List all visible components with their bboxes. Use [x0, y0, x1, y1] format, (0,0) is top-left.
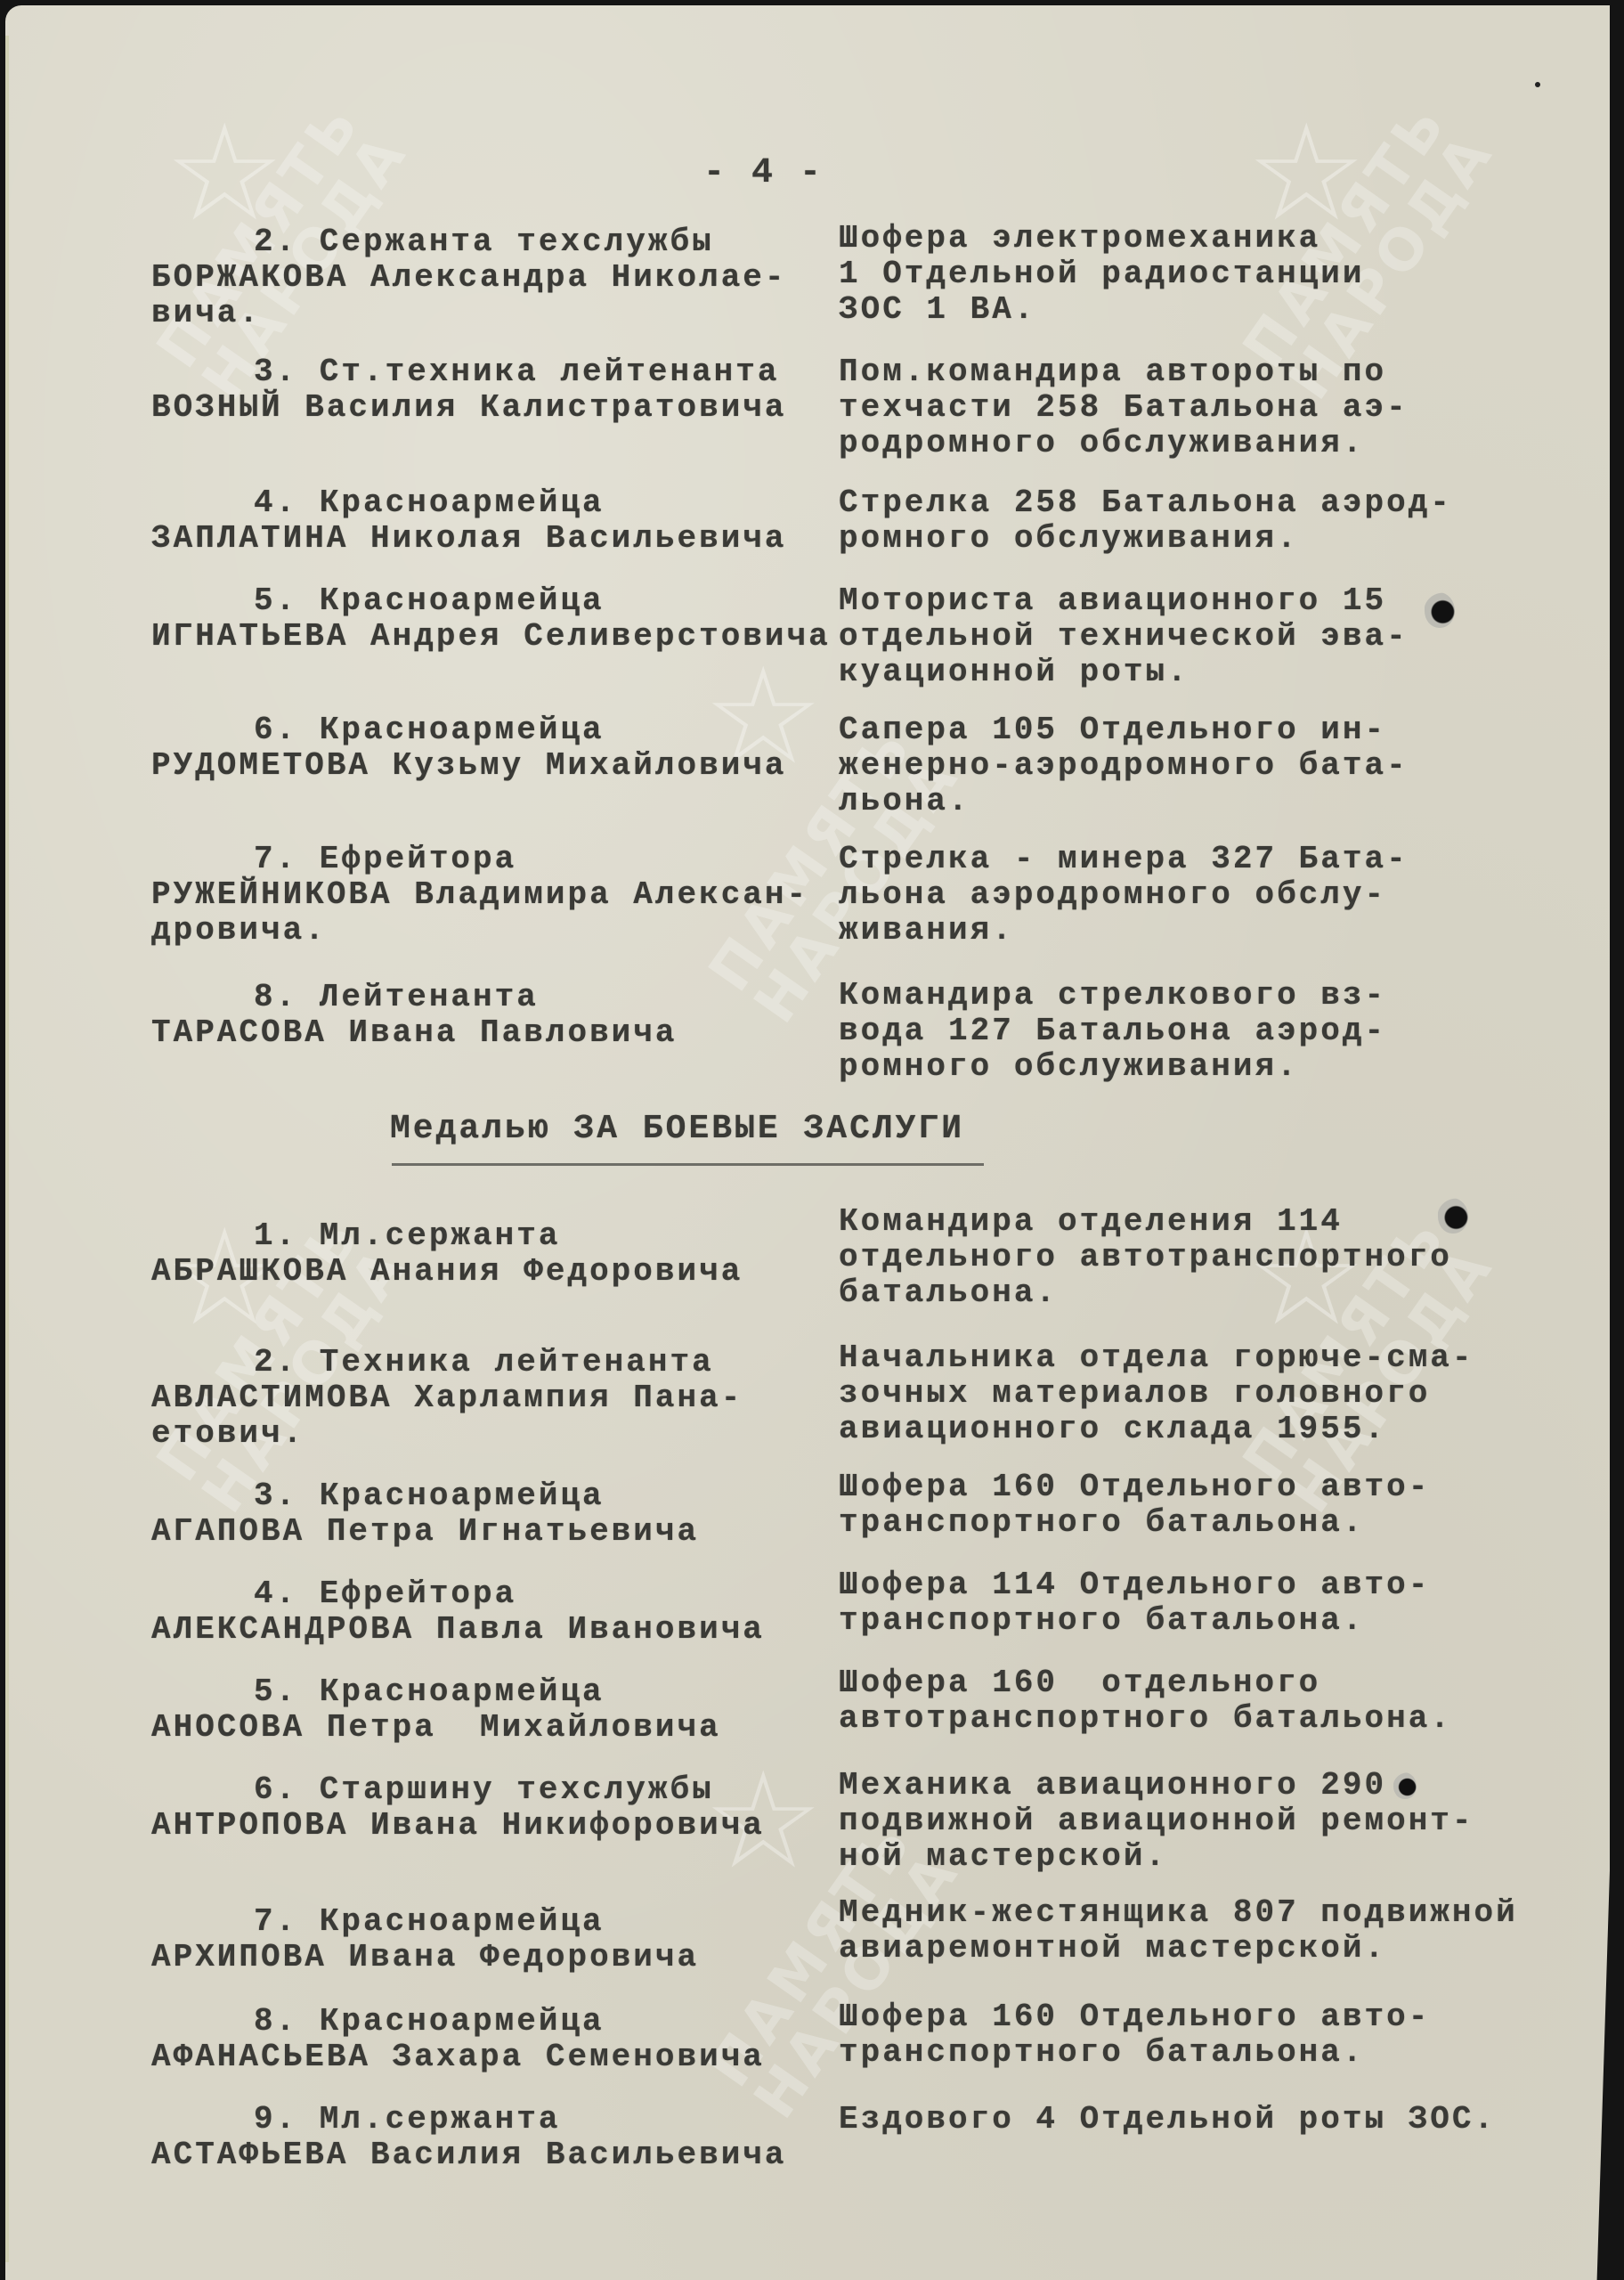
awardee-position: Стрелка - минера 327 Бата-льона аэродром…: [839, 842, 1551, 949]
awardee-name: АГАПОВА Петра Игнатьевича: [151, 1514, 828, 1550]
awardee-position: Сапера 105 Отдельного ин-женерно-аэродро…: [839, 712, 1551, 819]
position-line: 1 Отдельной радиостанции: [839, 256, 1551, 292]
awardee-entry: 3. КрасноармейцаАГАПОВА Петра Игнатьевич…: [151, 1478, 828, 1550]
awardee-name: АБРАШКОВА Анания Федоровича: [151, 1254, 828, 1290]
position-line: живания.: [839, 913, 1551, 949]
awardee-position: Шофера 160 отдельногоавтотранспортного б…: [839, 1665, 1551, 1737]
awardee-name: дровича.: [151, 913, 828, 949]
awardee-name: АНТРОПОВА Ивана Никифоровича: [151, 1808, 828, 1844]
awardee-position: Стрелка 258 Батальона аэрод-ромного обсл…: [839, 485, 1551, 557]
awardee-rank: 6. Красноармейца: [151, 712, 828, 748]
awardee-name: вича.: [151, 296, 828, 331]
position-line: авиаремонтной мастерской.: [839, 1931, 1551, 1966]
awardee-rank: 3. Ст.техника лейтенанта: [151, 354, 828, 390]
position-line: Стрелка - минера 327 Бата-: [839, 842, 1551, 877]
position-line: ромного обслуживания.: [839, 521, 1551, 557]
position-line: льона аэродромного обслу-: [839, 877, 1551, 913]
position-line: техчасти 258 Батальона аэ-: [839, 390, 1551, 426]
awardee-entry: 7. КрасноармейцаАРХИПОВА Ивана Федорович…: [151, 1904, 828, 1975]
awardee-position: Шофера электромеханика1 Отдельной радиос…: [839, 221, 1551, 328]
position-line: Шофера 114 Отдельного авто-: [839, 1567, 1551, 1603]
ink-speck: [1535, 82, 1540, 87]
awardee-entry: 3. Ст.техника лейтенантаВОЗНЫЙ Василия К…: [151, 354, 828, 426]
position-line: ной мастерской.: [839, 1839, 1551, 1875]
position-line: подвижной авиационной ремонт-: [839, 1804, 1551, 1839]
awardee-entry: 4. КрасноармейцаЗАПЛАТИНА Николая Василь…: [151, 485, 828, 557]
position-line: Ездового 4 Отдельной роты ЗОС.: [839, 2102, 1551, 2137]
awardee-entry: 6. КрасноармейцаРУДОМЕТОВА Кузьму Михайл…: [151, 712, 828, 784]
awardee-rank: 4. Красноармейца: [151, 485, 828, 521]
awardee-rank: 7. Ефрейтора: [151, 842, 828, 877]
awardee-name: АЛЕКСАНДРОВА Павла Ивановича: [151, 1612, 828, 1648]
awardee-name: РУЖЕЙНИКОВА Владимира Алексан-: [151, 877, 828, 913]
position-line: ЗОС 1 ВА.: [839, 292, 1551, 328]
awardee-name: АВЛАСТИМОВА Харлампия Пана-: [151, 1380, 828, 1416]
awardee-entry: 6. Старшину техслужбыАНТРОПОВА Ивана Ник…: [151, 1772, 828, 1844]
position-line: родромного обслуживания.: [839, 426, 1551, 461]
awardee-name: ИГНАТЬЕВА Андрея Селиверстовича: [151, 619, 828, 655]
position-line: Медник-жестянщика 807 подвижной: [839, 1895, 1551, 1931]
awardee-name: РУДОМЕТОВА Кузьму Михайловича: [151, 748, 828, 784]
awardee-entry: 8. ЛейтенантаТАРАСОВА Ивана Павловича: [151, 980, 828, 1051]
position-line: Стрелка 258 Батальона аэрод-: [839, 485, 1551, 521]
awardee-entry: 2. Техника лейтенантаАВЛАСТИМОВА Харламп…: [151, 1345, 828, 1452]
awardee-rank: 5. Красноармейца: [151, 1674, 828, 1710]
awardee-entry: 9. Мл.сержантаАСТАФЬЕВА Василия Васильев…: [151, 2102, 828, 2173]
awardee-entry: 5. КрасноармейцаАНОСОВА Петра Михайлович…: [151, 1674, 828, 1746]
awardee-name: БОРЖАКОВА Александра Николае-: [151, 260, 828, 296]
position-line: льона.: [839, 784, 1551, 819]
awardee-position: Пом.командира автороты потехчасти 258 Ба…: [839, 354, 1551, 461]
awardee-position: Моториста авиационного 15отдельной техни…: [839, 583, 1551, 690]
awardee-entry: 4. ЕфрейтораАЛЕКСАНДРОВА Павла Ивановича: [151, 1576, 828, 1648]
position-line: Шофера 160 Отдельного авто-: [839, 1999, 1551, 2035]
awardee-rank: 3. Красноармейца: [151, 1478, 828, 1514]
awardee-entry: 7. ЕфрейтораРУЖЕЙНИКОВА Владимира Алекса…: [151, 842, 828, 949]
section-heading-medal-for-battle-merit: Медалью ЗА БОЕВЫЕ ЗАСЛУГИ: [390, 1111, 964, 1147]
awardee-position: Начальника отдела горюче-сма-зочных мате…: [839, 1340, 1551, 1447]
awardee-entry: 8. КрасноармейцаАФАНАСЬЕВА Захара Семено…: [151, 2004, 828, 2075]
awardee-rank: 8. Красноармейца: [151, 2004, 828, 2040]
awardee-name: АСТАФЬЕВА Василия Васильевича: [151, 2137, 828, 2173]
position-line: отдельной технической эва-: [839, 619, 1551, 655]
awardee-name: ВОЗНЫЙ Василия Калистратовича: [151, 390, 828, 426]
position-line: Шофера 160 отдельного: [839, 1665, 1551, 1701]
heading-underline: [392, 1163, 984, 1166]
position-line: куационной роты.: [839, 655, 1551, 690]
position-line: Моториста авиационного 15: [839, 583, 1551, 619]
page-number: - 4 -: [703, 156, 824, 191]
position-line: транспортного батальона.: [839, 2035, 1551, 2071]
awardee-name: АРХИПОВА Ивана Федоровича: [151, 1940, 828, 1975]
awardee-rank: 8. Лейтенанта: [151, 980, 828, 1015]
awardee-name: ТАРАСОВА Ивана Павловича: [151, 1015, 828, 1051]
position-line: отдельного автотранспортного: [839, 1240, 1551, 1275]
awardee-rank: 6. Старшину техслужбы: [151, 1772, 828, 1808]
page-edge: [5, 36, 9, 2262]
awardee-position: Командира отделения 114отдельного автотр…: [839, 1204, 1551, 1311]
awardee-name: етович.: [151, 1416, 828, 1452]
position-line: транспортного батальона.: [839, 1603, 1551, 1639]
position-line: батальона.: [839, 1275, 1551, 1311]
awardee-entry: 5. КрасноармейцаИГНАТЬЕВА Андрея Селивер…: [151, 583, 828, 655]
position-line: Механика авиационного 290: [839, 1768, 1551, 1804]
awardee-rank: 1. Мл.сержанта: [151, 1218, 828, 1254]
awardee-rank: 9. Мл.сержанта: [151, 2102, 828, 2137]
awardee-name: ЗАПЛАТИНА Николая Васильевича: [151, 521, 828, 557]
position-line: транспортного батальона.: [839, 1505, 1551, 1541]
awardee-entry: 1. Мл.сержантаАБРАШКОВА Анания Федорович…: [151, 1218, 828, 1290]
awardee-position: Шофера 160 Отдельного авто-транспортного…: [839, 1999, 1551, 2071]
position-line: Шофера 160 Отдельного авто-: [839, 1470, 1551, 1505]
awardee-position: Механика авиационного 290подвижной авиац…: [839, 1768, 1551, 1875]
awardee-position: Командира стрелкового вз-вода 127 Баталь…: [839, 978, 1551, 1085]
position-line: Пом.командира автороты по: [839, 354, 1551, 390]
awardee-name: АФАНАСЬЕВА Захара Семеновича: [151, 2040, 828, 2075]
position-line: авиационного склада 1955.: [839, 1412, 1551, 1447]
position-line: зочных материалов головного: [839, 1376, 1551, 1412]
awardee-rank: 2. Сержанта техслужбы: [151, 224, 828, 260]
position-line: ромного обслуживания.: [839, 1049, 1551, 1085]
position-line: Шофера электромеханика: [839, 221, 1551, 256]
position-line: Начальника отдела горюче-сма-: [839, 1340, 1551, 1376]
awardee-position: Шофера 160 Отдельного авто-транспортного…: [839, 1470, 1551, 1541]
awardee-rank: 2. Техника лейтенанта: [151, 1345, 828, 1380]
awardee-entry: 2. Сержанта техслужбыБОРЖАКОВА Александр…: [151, 224, 828, 331]
position-line: Командира отделения 114: [839, 1204, 1551, 1240]
position-line: Командира стрелкового вз-: [839, 978, 1551, 1014]
awardee-position: Медник-жестянщика 807 подвижнойавиаремон…: [839, 1895, 1551, 1966]
awardee-position: Ездового 4 Отдельной роты ЗОС.: [839, 2102, 1551, 2137]
awardee-rank: 5. Красноармейца: [151, 583, 828, 619]
position-line: женерно-аэродромного бата-: [839, 748, 1551, 784]
awardee-rank: 7. Красноармейца: [151, 1904, 828, 1940]
awardee-position: Шофера 114 Отдельного авто-транспортного…: [839, 1567, 1551, 1639]
position-line: автотранспортного батальона.: [839, 1701, 1551, 1737]
position-line: вода 127 Батальона аэрод-: [839, 1014, 1551, 1049]
awardee-rank: 4. Ефрейтора: [151, 1576, 828, 1612]
awardee-name: АНОСОВА Петра Михайловича: [151, 1710, 828, 1746]
position-line: Сапера 105 Отдельного ин-: [839, 712, 1551, 748]
